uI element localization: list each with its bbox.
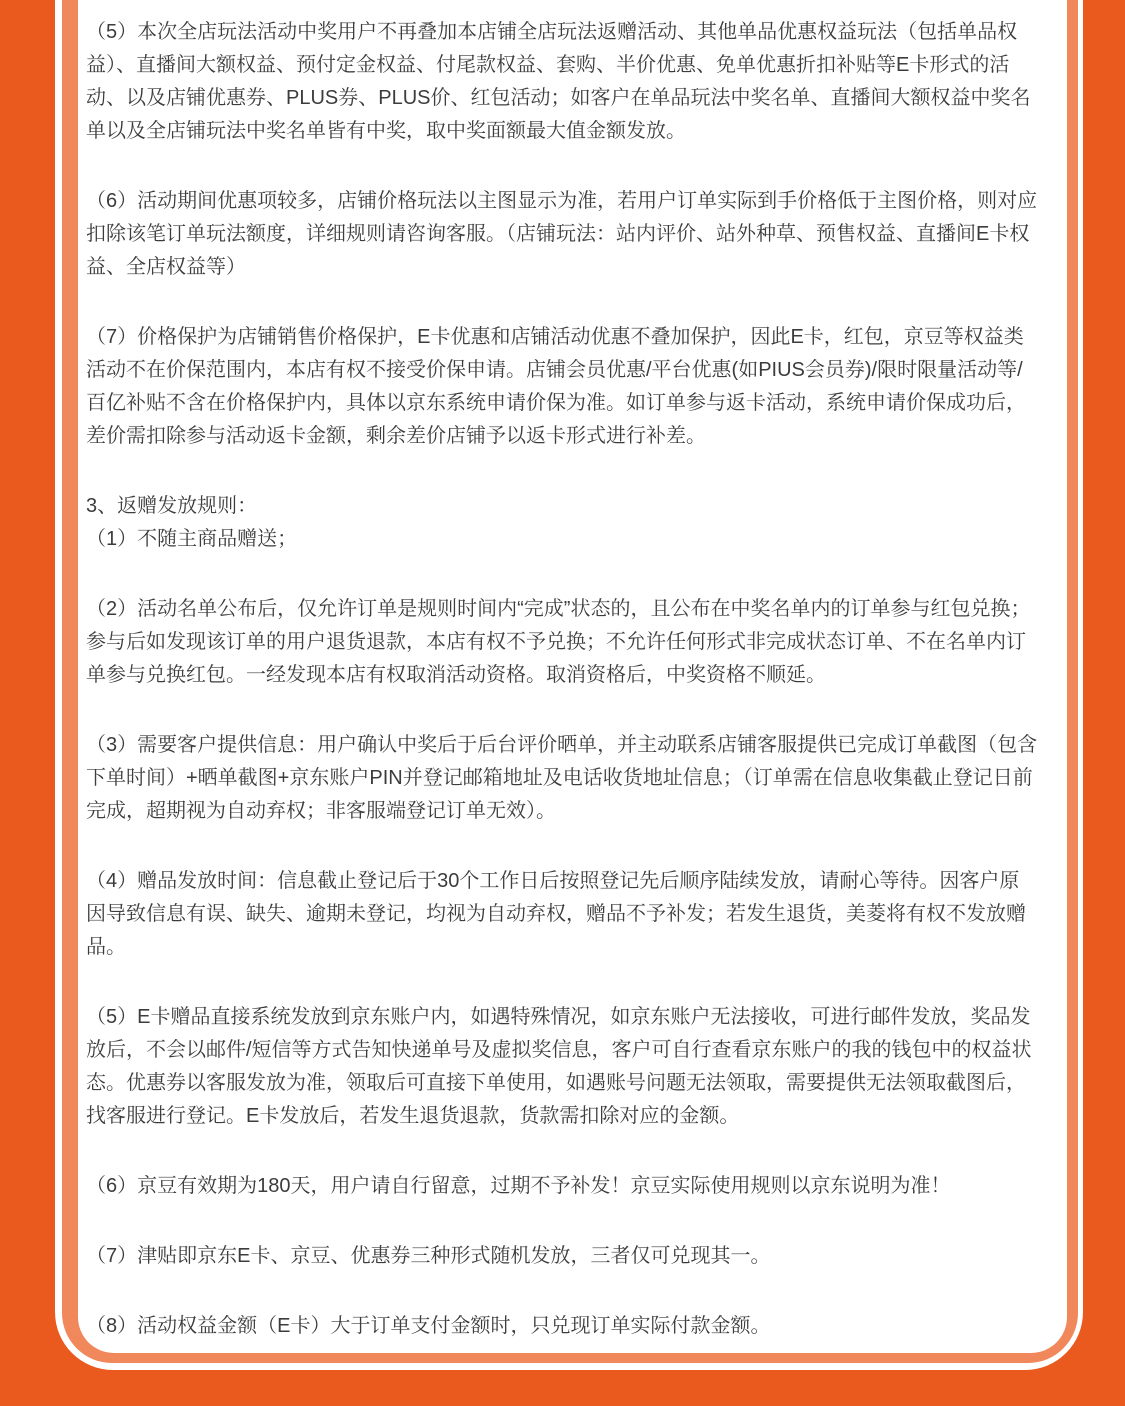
rule-3-7: （7）津贴即京东E卡、京豆、优惠券三种形式随机发放，三者仅可兑现其一。 — [86, 1240, 1039, 1273]
rule-paragraph-7: （7）价格保护为店铺销售价格保护，E卡优惠和店铺活动优惠不叠加保护，因此E卡，红… — [86, 321, 1039, 453]
rule-3-5: （5）E卡赠品直接系统发放到京东账户内，如遇特殊情况，如京东账户无法接收，可进行… — [86, 1001, 1039, 1133]
rule-paragraph-6: （6）活动期间优惠项较多，店铺价格玩法以主图显示为准，若用户订单实际到手价格低于… — [86, 185, 1039, 284]
rule-3-3: （3）需要客户提供信息：用户确认中奖后于后台评价晒单，并主动联系店铺客服提供已完… — [86, 729, 1039, 828]
rule-3-1: （1）不随主商品赠送； — [86, 523, 1039, 556]
card-white-outline: （5）本次全店玩法活动中奖用户不再叠加本店铺全店玩法返赠活动、其他单品优惠权益玩… — [55, 0, 1083, 1370]
card-orange-band: （5）本次全店玩法活动中奖用户不再叠加本店铺全店玩法返赠活动、其他单品优惠权益玩… — [62, 0, 1078, 1363]
rule-3-4: （4）赠品发放时间：信息截止登记后于30个工作日后按照登记先后顺序陆续发放，请耐… — [86, 865, 1039, 964]
rule-3-6: （6）京豆有效期为180天，用户请自行留意，过期不予补发！京豆实际使用规则以京东… — [86, 1170, 1039, 1203]
rule-3-8: （8）活动权益金额（E卡）大于订单支付金额时，只兑现订单实际付款金额。 — [86, 1310, 1039, 1343]
rules-card: （5）本次全店玩法活动中奖用户不再叠加本店铺全店玩法返赠活动、其他单品优惠权益玩… — [78, 0, 1067, 1353]
rules-text: （5）本次全店玩法活动中奖用户不再叠加本店铺全店玩法返赠活动、其他单品优惠权益玩… — [78, 0, 1067, 1343]
section-3-heading: 3、返赠发放规则： — [86, 490, 1039, 523]
rule-3-2: （2）活动名单公布后，仅允许订单是规则时间内“完成”状态的，且公布在中奖名单内的… — [86, 593, 1039, 692]
rule-paragraph-5: （5）本次全店玩法活动中奖用户不再叠加本店铺全店玩法返赠活动、其他单品优惠权益玩… — [86, 16, 1039, 148]
